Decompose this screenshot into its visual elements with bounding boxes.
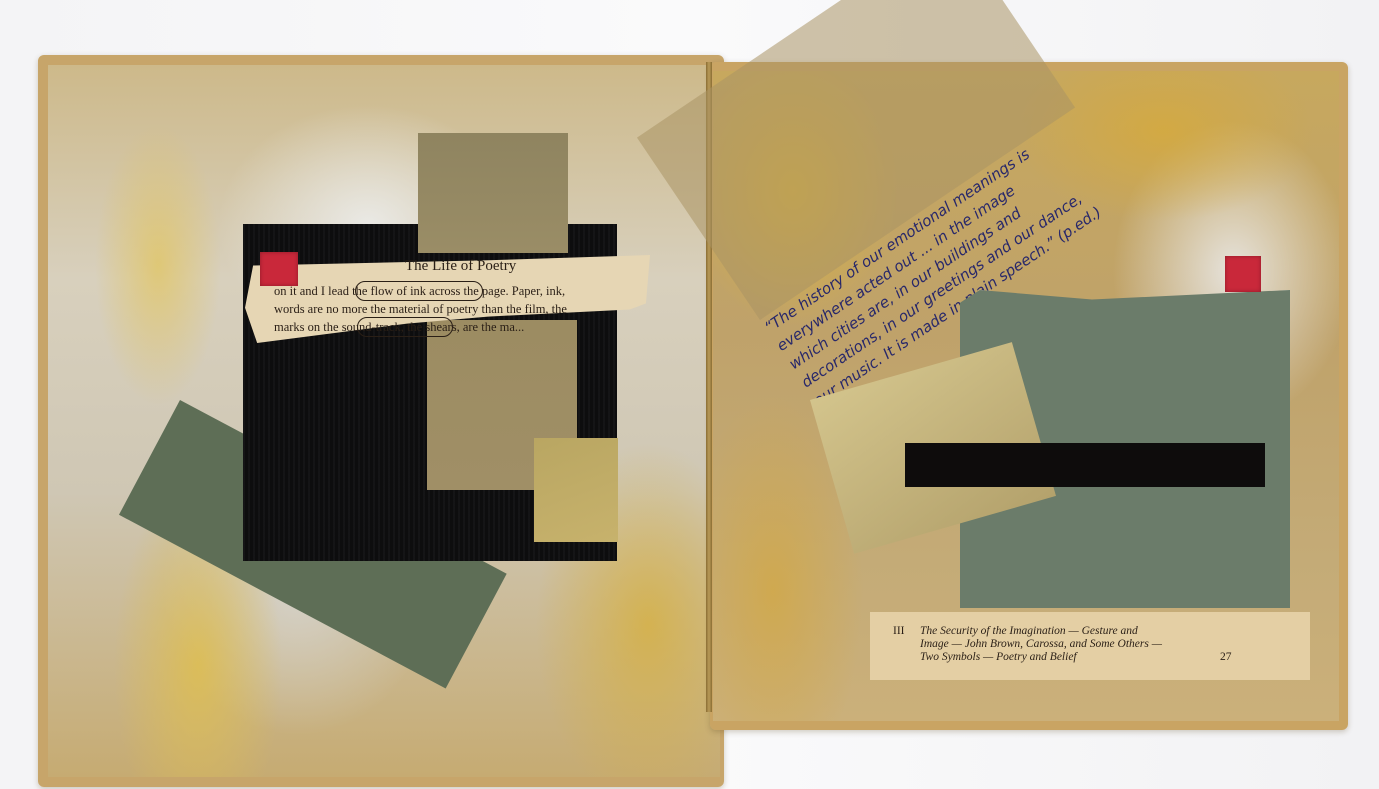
gold-leaf-patch [534, 438, 618, 542]
ink-circle-1 [355, 281, 483, 301]
contents-page-number: 27 [1220, 651, 1232, 663]
ink-circle-2 [357, 317, 453, 337]
clipping-line-2: words are no more the material of poetry… [274, 302, 567, 317]
contents-line-2: Image — John Brown, Carossa, and Some Ot… [920, 638, 1162, 650]
contents-line-1: The Security of the Imagination — Gestur… [920, 625, 1138, 637]
red-square-left [260, 252, 298, 286]
contents-numeral: III [893, 625, 905, 637]
red-square-right [1225, 256, 1261, 292]
black-horizontal-bar [905, 443, 1265, 487]
gold-rectangle-top [418, 133, 568, 253]
contents-line-3: Two Symbols — Poetry and Belief [920, 651, 1077, 663]
clipping-title: The Life of Poetry [405, 258, 516, 275]
